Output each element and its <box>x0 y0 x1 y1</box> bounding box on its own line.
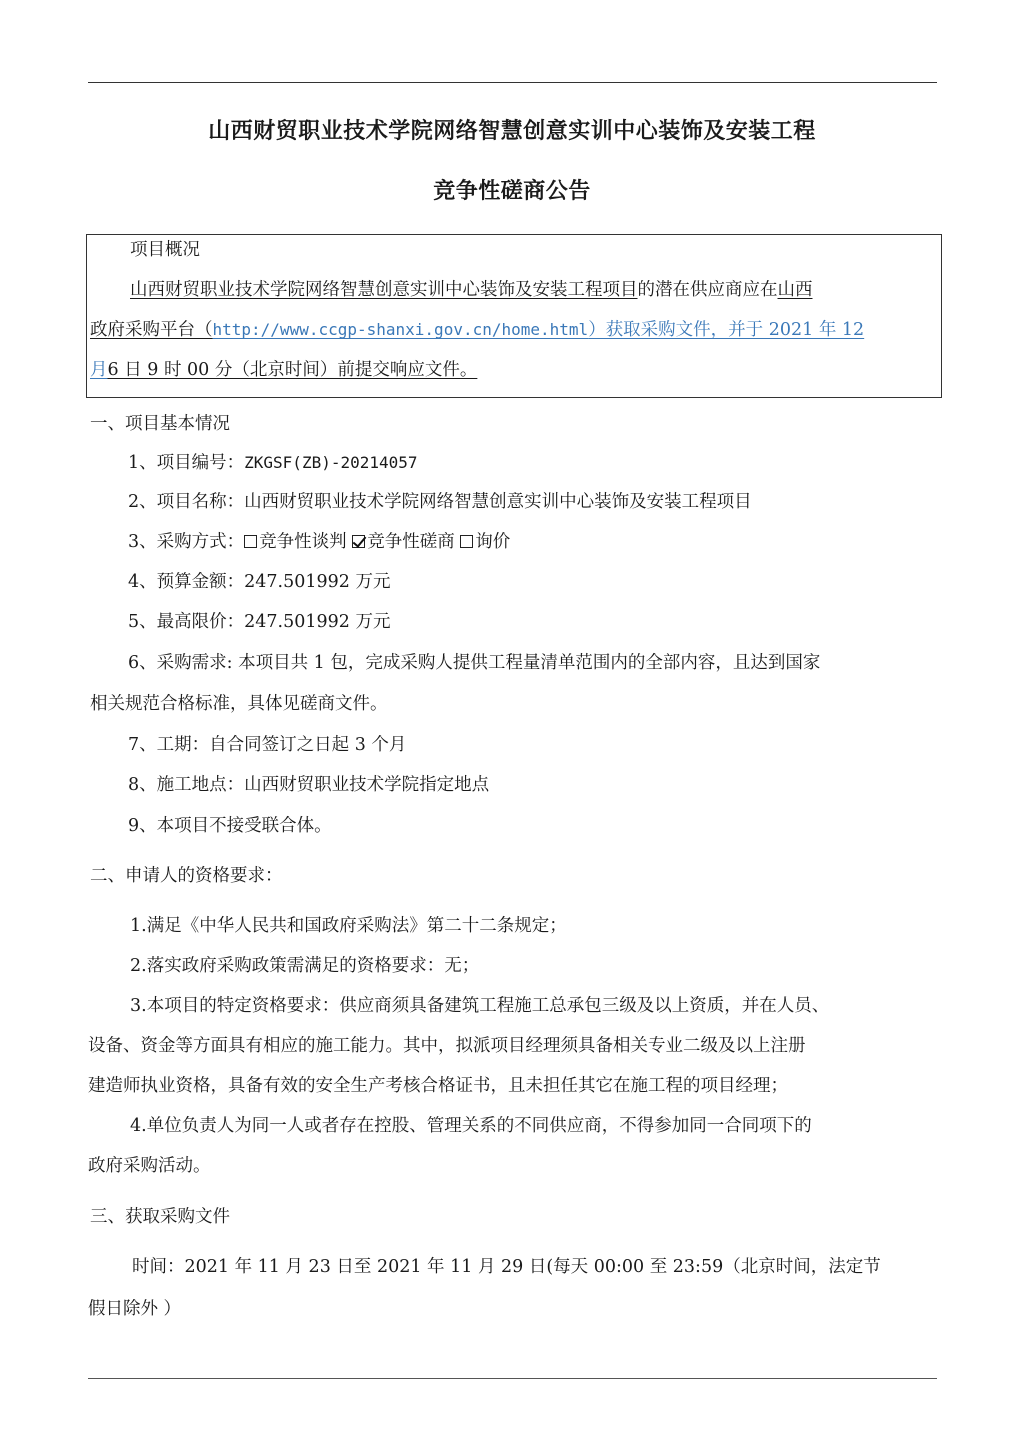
document-subtitle: 竞争性磋商公告 <box>0 174 1024 205</box>
item-max-price: 5、最高限价：247.501992 万元 <box>128 610 390 634</box>
section-3-heading: 三、获取采购文件 <box>90 1205 230 1229</box>
qualification-3-cont-1: 设备、资金等方面具有相应的施工能力。其中，拟派项目经理须具备相关专业二级及以上注… <box>88 1034 806 1058</box>
overview-paragraph-line-1: 山西财贸职业技术学院网络智慧创意实训中心装饰及安装工程项目的潜在供应商应在山西 <box>130 278 813 302</box>
qualification-1: 1.满足《中华人民共和国政府采购法》第二十二条规定； <box>130 914 567 938</box>
qualification-4: 4.单位负责人为同一人或者存在控股、管理关系的不同供应商，不得参加同一合同项下的 <box>130 1114 812 1138</box>
overview-heading: 项目概况 <box>130 238 200 262</box>
section-1-heading: 一、项目基本情况 <box>90 412 230 436</box>
document-title: 山西财贸职业技术学院网络智慧创意实训中心装饰及安装工程 <box>0 114 1024 145</box>
checkbox-competitive-negotiation[interactable] <box>244 535 257 548</box>
checkbox-inquiry[interactable] <box>460 535 473 548</box>
header-rule <box>88 82 937 83</box>
project-number-value: ZKGSF(ZB)-20214057 <box>244 453 417 472</box>
checkbox-competitive-consultation[interactable] <box>352 535 365 548</box>
qualification-3: 3.本项目的特定资格要求：供应商须具备建筑工程施工总承包三级及以上资质，并在人员… <box>130 994 829 1018</box>
overview-paragraph-line-3: 月6 日 9 时 00 分（北京时间）前提交响应文件。 <box>90 358 477 382</box>
item-project-name: 2、项目名称：山西财贸职业技术学院网络智慧创意实训中心装饰及安装工程项目 <box>128 490 752 514</box>
project-name-underlined: 山西财贸职业技术学院网络智慧创意实训中心装饰及安装工程项目 <box>130 280 638 300</box>
qualification-2: 2.落实政府采购政策需满足的资格要求：无； <box>130 954 479 978</box>
footer-rule <box>88 1378 937 1379</box>
item-consortium: 9、本项目不接受联合体。 <box>128 814 332 838</box>
item-requirements-cont: 相关规范合格标准，具体见磋商文件。 <box>90 692 388 716</box>
qualification-3-cont-2: 建造师执业资格，具备有效的安全生产考核合格证书，且未担任其它在施工程的项目经理； <box>88 1074 788 1098</box>
budget-value: 247.501992 万元 <box>244 572 390 592</box>
item-budget: 4、预算金额：247.501992 万元 <box>128 570 390 594</box>
overview-paragraph-line-2: 政府采购平台（http://www.ccgp-shanxi.gov.cn/hom… <box>90 318 864 342</box>
section-2-heading: 二、申请人的资格要求： <box>90 864 283 888</box>
deadline-text-link[interactable]: ）获取采购文件，并于 2021 年 12 <box>588 320 864 340</box>
acquisition-time-line-2: 假日除外 ） <box>88 1297 181 1321</box>
item-duration: 7、工期：自合同签订之日起 3 个月 <box>128 733 406 757</box>
qualification-4-cont: 政府采购活动。 <box>88 1154 211 1178</box>
item-project-number: 1、项目编号：ZKGSF(ZB)-20214057 <box>128 451 418 475</box>
item-requirements: 6、采购需求: 本项目共 1 包，完成采购人提供工程量清单范围内的全部内容，且达… <box>128 651 820 675</box>
acquisition-time-line-1: 时间：2021 年 11 月 23 日至 2021 年 11 月 29 日(每天… <box>132 1255 881 1279</box>
item-procurement-method: 3、采购方式：竞争性谈判 竞争性磋商 询价 <box>128 530 510 554</box>
item-location: 8、施工地点：山西财贸职业技术学院指定地点 <box>128 773 489 797</box>
max-price-value: 247.501992 万元 <box>244 612 390 632</box>
platform-url-link[interactable]: http://www.ccgp-shanxi.gov.cn/home.html <box>213 320 589 339</box>
